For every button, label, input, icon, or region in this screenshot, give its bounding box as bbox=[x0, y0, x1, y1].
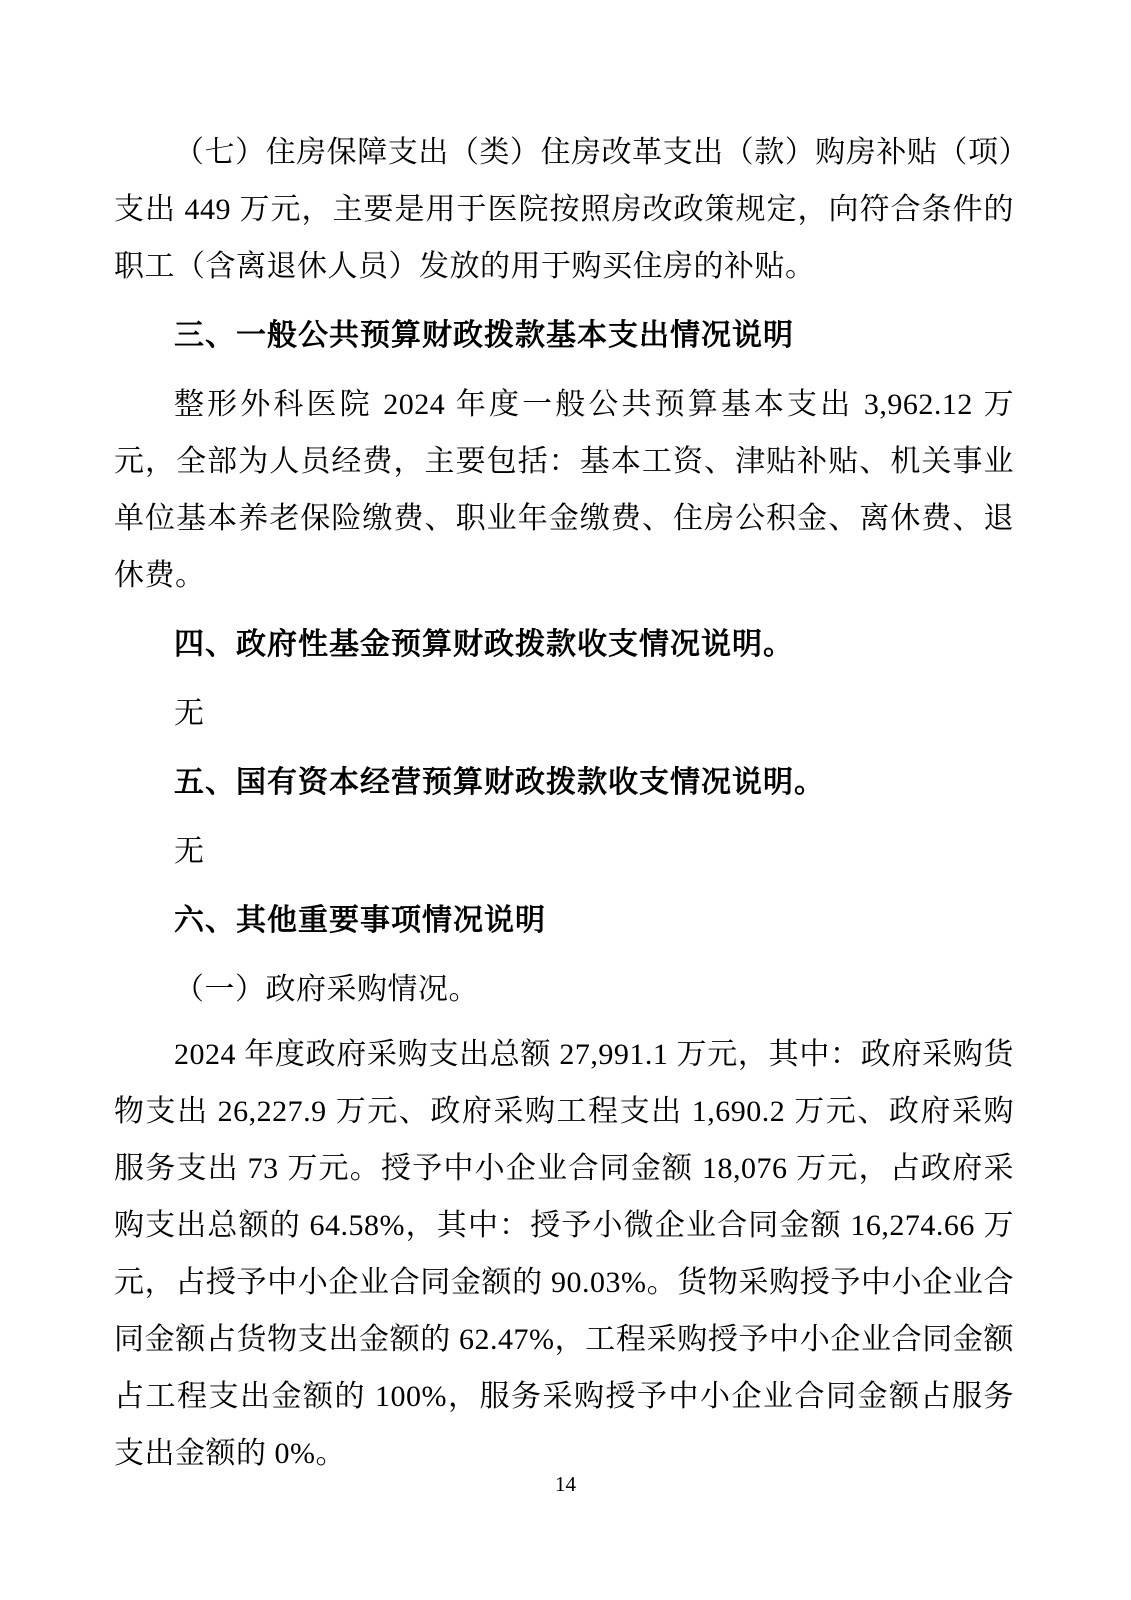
subheading-government-procurement: （一）政府采购情况。 bbox=[114, 961, 1014, 1018]
paragraph-basic-expenditure: 整形外科医院 2024 年度一般公共预算基本支出 3,962.12 万元，全部为… bbox=[114, 376, 1014, 604]
heading-section-4: 四、政府性基金预算财政拨款收支情况说明。 bbox=[114, 616, 1014, 673]
paragraph-none-2: 无 bbox=[114, 823, 1014, 880]
document-page: （七）住房保障支出（类）住房改革支出（款）购房补贴（项）支出 449 万元，主要… bbox=[0, 0, 1131, 1600]
paragraph-procurement-details: 2024 年度政府采购支出总额 27,991.1 万元，其中：政府采购货物支出 … bbox=[114, 1026, 1014, 1482]
document-body: （七）住房保障支出（类）住房改革支出（款）购房补贴（项）支出 449 万元，主要… bbox=[114, 124, 1014, 1482]
heading-section-3: 三、一般公共预算财政拨款基本支出情况说明 bbox=[114, 307, 1014, 364]
paragraph-housing-subsidy: （七）住房保障支出（类）住房改革支出（款）购房补贴（项）支出 449 万元，主要… bbox=[114, 124, 1014, 295]
heading-section-6: 六、其他重要事项情况说明 bbox=[114, 892, 1014, 949]
heading-section-5: 五、国有资本经营预算财政拨款收支情况说明。 bbox=[114, 754, 1014, 811]
page-number: 14 bbox=[0, 1472, 1131, 1496]
paragraph-none-1: 无 bbox=[114, 685, 1014, 742]
